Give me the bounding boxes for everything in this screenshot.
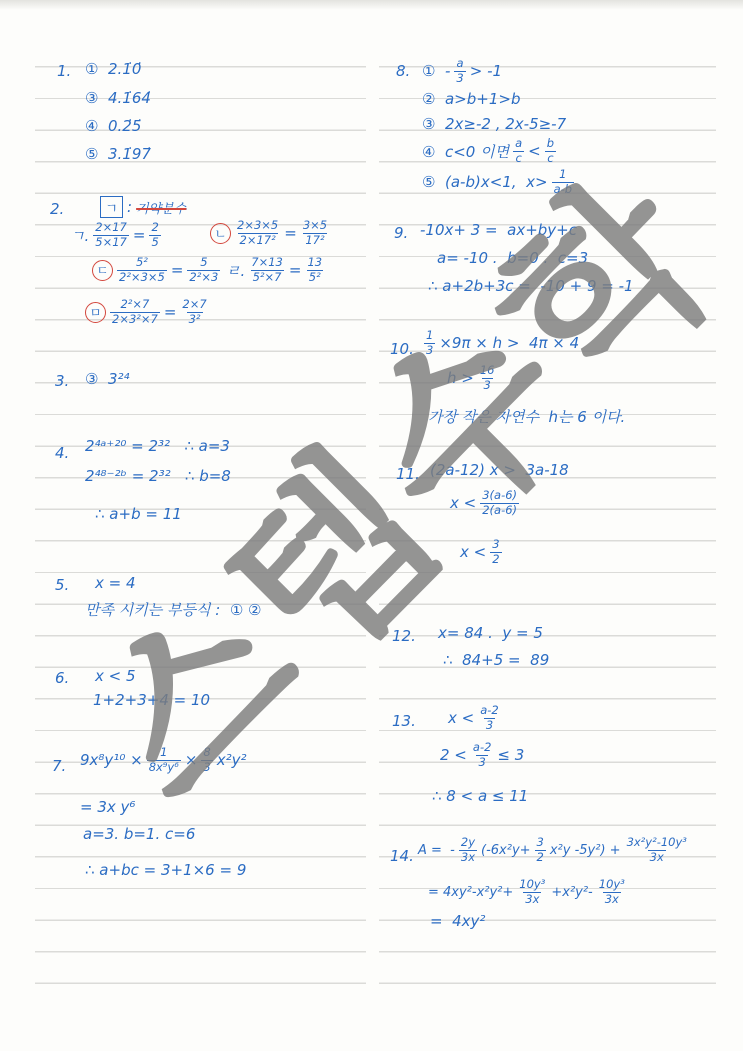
fraction-numerator: 2×3×5 (235, 219, 280, 233)
fraction-numerator: 16 (478, 364, 497, 378)
problem-10-line-2: h >163 (447, 364, 496, 393)
math-text: < (528, 142, 541, 160)
math-text: > -1 (470, 62, 502, 80)
fraction-denominator: 5²×7 (251, 270, 284, 285)
problem-2-line-5: ㄹ.7×135²×7=135² (226, 256, 324, 285)
math-text: ㄱ. (70, 225, 89, 246)
problem-13-line-3: ∴ 8 < a ≤ 11 (432, 787, 528, 805)
fraction-numerator: b (545, 137, 556, 151)
fraction-numerator: 1 (424, 329, 435, 343)
fraction-denominator: c (545, 151, 555, 166)
problem-14-line-3: = 4xy² (430, 912, 485, 930)
math-text: = (289, 261, 302, 279)
fraction-denominator: 8x⁹y⁶ (147, 760, 181, 775)
fraction-numerator: 1 (158, 746, 169, 760)
math-text: -10x+ 3 = ax+by+c (420, 221, 577, 239)
fraction: 2²×72×3²×7 (110, 298, 160, 327)
math-text: (2a-12) x > 3a-18 (430, 461, 569, 479)
fraction-denominator: 5×17 (93, 235, 129, 250)
fraction: 10y³3x (517, 878, 547, 907)
math-text: x= 84 . y = 5 (438, 624, 543, 642)
problem-9-number: 9. (394, 224, 408, 242)
problem-8-line-5: ⑤ (a-b)x<1, x>1a-b (422, 168, 574, 197)
math-text: ④ c<0 이면 (422, 141, 509, 162)
math-text: : (127, 198, 132, 216)
fraction: 7×135²×7 (249, 256, 285, 285)
fraction-denominator: 3 (482, 378, 493, 393)
math-text: h > (447, 369, 474, 387)
math-text: 1+2+3+4 = 10 (93, 691, 210, 709)
fraction: 18x⁹y⁶ (147, 746, 181, 775)
fraction: 83 (201, 746, 212, 775)
math-text: ⑤ 3.1̇97̇ (85, 145, 151, 163)
fraction-numerator: 3 (490, 538, 501, 552)
fraction-numerator: 10y³ (517, 878, 547, 892)
problem-12-line-1: x= 84 . y = 5 (438, 624, 543, 642)
problem-9-line-3: ∴ a+2b+3c = -10 + 9 = -1 (428, 277, 634, 295)
fraction: a-23 (471, 741, 494, 770)
fraction: 3(a-6)2(a-6) (480, 489, 519, 518)
fraction-numerator: 3 (535, 836, 546, 850)
math-text: 2 < (440, 746, 467, 764)
math-text: ③ 3²⁴ (85, 370, 130, 388)
fraction-denominator: a-b (552, 182, 575, 197)
fraction: 2×3×52×17² (235, 219, 280, 248)
math-text: ㄹ. (226, 260, 245, 281)
problem-13-line-2: 2 <a-23≤ 3 (440, 741, 524, 770)
fraction-denominator: 3x (648, 850, 666, 865)
problem-10-line-3: 가장 작은 자연수 h는 6 이다. (428, 406, 625, 427)
fraction-denominator: 3x (459, 850, 477, 865)
fraction-denominator: 2²×3×5 (117, 270, 167, 285)
fraction: 13 (424, 329, 435, 358)
problem-5-line-2: 만족 시키는 부등식 : ① ② (85, 599, 261, 620)
problem-14-line-1: A = -2y3x(-6x²y+32x²y -5y²) +3x²y²-10y³3… (418, 836, 689, 865)
fraction-denominator: 5² (307, 270, 323, 285)
fraction: a-23 (478, 704, 501, 733)
problem-2-line-2: ㄱ.2×175×17=25 (70, 221, 161, 250)
fraction-numerator: 1 (557, 168, 568, 182)
problem-4-line-1: 2⁴ᵃ⁺²⁰ = 2³² ∴ a=3 (85, 437, 230, 455)
problem-9-line-1: -10x+ 3 = ax+by+c (420, 221, 577, 239)
fraction: 135² (305, 256, 324, 285)
fraction-denominator: 5 (149, 235, 160, 250)
problem-12-line-2: ∴ 84+5 = 89 (443, 651, 549, 669)
problem-5-number: 5. (55, 576, 69, 594)
problem-6-line-2: 1+2+3+4 = 10 (93, 691, 210, 709)
fraction: 2y3x (459, 836, 477, 865)
problem-8-line-2: ② a>b+1>b (422, 90, 520, 108)
problem-2-number: 2. (50, 200, 64, 218)
problem-4-line-3: ∴ a+b = 11 (95, 505, 182, 523)
problem-11-line-1: (2a-12) x > 3a-18 (430, 461, 569, 479)
fraction-numerator: 2×7 (180, 298, 208, 312)
red-circle-mark: ㄴ (210, 223, 231, 244)
problem-8-line-4: ④ c<0 이면ac<bc (422, 137, 556, 166)
fraction: bc (545, 137, 556, 166)
problem-8-line-3: ③ 2x≥-2 , 2x-5≥-7 (422, 115, 566, 133)
math-text: = (164, 303, 177, 321)
fraction: 32 (535, 836, 546, 865)
fraction-numerator: 8 (201, 746, 212, 760)
strikethrough-text: 기약분수 (136, 198, 186, 217)
math-text: ∴ 84+5 = 89 (443, 651, 549, 669)
boxed-label: ㄱ (100, 196, 123, 218)
fraction-denominator: 17² (303, 233, 326, 248)
fraction-numerator: 10y³ (597, 878, 627, 892)
fraction-numerator: 2y (459, 836, 477, 850)
problem-3-line-1: ③ 3²⁴ (85, 370, 130, 388)
math-text: 2⁴⁸⁻²ᵇ = 2³² ∴ b=8 (85, 467, 231, 485)
math-text: x < (448, 709, 474, 727)
math-text: 9x⁸y¹⁰ × (80, 751, 143, 769)
math-text: = (171, 261, 184, 279)
problem-1-number: 1. (57, 62, 71, 80)
math-text: +x²y²- (551, 885, 592, 900)
problem-1-line-4: ⑤ 3.1̇97̇ (85, 145, 151, 163)
problem-11-line-2: x <3(a-6)2(a-6) (450, 489, 519, 518)
math-text: = (133, 226, 146, 244)
problem-6-number: 6. (55, 669, 69, 687)
problem-13-number: 13. (392, 712, 416, 730)
math-text: a=3. b=1. c=6 (83, 825, 195, 843)
fraction-denominator: 2(a-6) (480, 503, 519, 518)
math-text: ① 2.1̇0̇ (85, 60, 141, 78)
fraction-denominator: 3 (424, 343, 435, 358)
problem-2-line-3: ㄴ2×3×52×17²=3×517² (210, 219, 329, 248)
problem-2-line-6: ㅁ2²×72×3²×7=2×73² (85, 298, 209, 327)
fraction-numerator: 3×5 (301, 219, 329, 233)
notebook-page: 스텝수학 1.① 2.1̇0̇③ 4.1̇64̇④ 0.2̇5̇⑤ 3.1̇97… (0, 0, 743, 1051)
problem-12-number: 12. (392, 627, 416, 645)
problem-5-line-1: x = 4 (95, 574, 136, 592)
problem-7-number: 7. (52, 757, 66, 775)
fraction-denominator: 2 (490, 552, 501, 567)
math-text: = (284, 224, 297, 242)
problem-4-number: 4. (55, 444, 69, 462)
fraction-denominator: 2²×3 (187, 270, 220, 285)
problem-7-line-1: 9x⁸y¹⁰ ×18x⁹y⁶×83x²y² (80, 746, 247, 775)
fraction-numerator: 5 (198, 256, 209, 270)
fraction-denominator: 3 (201, 760, 212, 775)
fraction-denominator: 3x (603, 892, 621, 907)
fraction: 163 (478, 364, 497, 393)
math-text: ② a>b+1>b (422, 90, 520, 108)
fraction: 52²×3 (187, 256, 220, 285)
fraction: 3x²y²-10y³3x (625, 836, 689, 865)
math-text: = 4xy²-x²y²+ (428, 885, 513, 900)
math-text: ⑤ (a-b)x<1, x> (422, 173, 548, 191)
math-text: x < 5 (95, 667, 136, 685)
fraction: 2×175×17 (93, 221, 129, 250)
math-text: A = - (418, 843, 455, 858)
fraction-denominator: 2×17² (238, 233, 278, 248)
problem-11-number: 11. (396, 465, 420, 483)
problem-14-number: 14. (390, 847, 414, 865)
problem-4-line-2: 2⁴⁸⁻²ᵇ = 2³² ∴ b=8 (85, 467, 231, 485)
fraction: 1a-b (552, 168, 575, 197)
fraction-denominator: 3x (523, 892, 541, 907)
math-text: = 4xy² (430, 912, 485, 930)
scan-edge-shadow (0, 0, 743, 10)
math-text: ∴ a+b = 11 (95, 505, 182, 523)
math-text: 2⁴ᵃ⁺²⁰ = 2³² ∴ a=3 (85, 437, 230, 455)
math-text: 만족 시키는 부등식 : ① ② (85, 599, 261, 620)
fraction-numerator: 2²×7 (118, 298, 151, 312)
math-text: x < (450, 494, 476, 512)
problem-9-line-2: a= -10 . b=0 . c=3 (437, 249, 588, 267)
problem-7-line-4: ∴ a+bc = 3+1×6 = 9 (85, 861, 246, 879)
fraction: 25 (149, 221, 160, 250)
fraction-numerator: a (455, 57, 466, 71)
problem-10-number: 10. (390, 340, 414, 358)
math-text: × (185, 751, 198, 769)
fraction: 10y³3x (597, 878, 627, 907)
fraction-numerator: 13 (305, 256, 324, 270)
fraction-numerator: 2 (149, 221, 160, 235)
fraction-numerator: 2×17 (93, 221, 129, 235)
problem-7-line-2: = 3x y⁶ (80, 798, 135, 816)
problem-13-line-1: x <a-23 (448, 704, 501, 733)
fraction-numerator: a-2 (471, 741, 494, 755)
fraction-denominator: c (513, 151, 523, 166)
fraction: 32 (490, 538, 501, 567)
math-text: ×9π × h > 4π × 4 (439, 334, 579, 352)
fraction: 2×73² (180, 298, 208, 327)
math-text: x²y² (217, 751, 247, 769)
fraction-numerator: a (513, 137, 524, 151)
fraction-denominator: 3 (454, 71, 465, 86)
math-text: (-6x²y+ (481, 843, 531, 858)
problem-3-number: 3. (55, 372, 69, 390)
fraction: 3×517² (301, 219, 329, 248)
fraction-denominator: 2 (535, 850, 546, 865)
problem-8-line-1: ① -a3> -1 (422, 57, 502, 86)
math-text: ≤ 3 (497, 746, 524, 764)
problem-2-line-1: ㄱ:기약분수 (100, 196, 186, 218)
math-text: x < (460, 543, 486, 561)
math-text: 가장 작은 자연수 h는 6 이다. (428, 406, 625, 427)
fraction-numerator: 3(a-6) (480, 489, 519, 503)
math-text: x²y -5y²) + (550, 843, 621, 858)
math-text: ∴ 8 < a ≤ 11 (432, 787, 528, 805)
problem-11-line-3: x <32 (460, 538, 502, 567)
math-text: ④ 0.2̇5̇ (85, 117, 141, 135)
problem-1-line-1: ① 2.1̇0̇ (85, 60, 141, 78)
problem-1-line-2: ③ 4.1̇64̇ (85, 89, 151, 107)
math-text: ③ 2x≥-2 , 2x-5≥-7 (422, 115, 566, 133)
fraction-numerator: a-2 (478, 704, 501, 718)
math-text: x = 4 (95, 574, 136, 592)
problem-8-number: 8. (396, 62, 410, 80)
fraction-numerator: 7×13 (249, 256, 285, 270)
fraction-numerator: 5² (134, 256, 150, 270)
math-text: ① - (422, 62, 450, 80)
red-circle-mark: ㅁ (85, 302, 106, 323)
fraction: 5²2²×3×5 (117, 256, 167, 285)
math-text: ∴ a+bc = 3+1×6 = 9 (85, 861, 246, 879)
fraction-denominator: 3 (484, 718, 495, 733)
fraction-denominator: 2×3²×7 (110, 312, 160, 327)
problem-6-line-1: x < 5 (95, 667, 136, 685)
fraction: a3 (454, 57, 465, 86)
math-text: = 3x y⁶ (80, 798, 135, 816)
math-text: ∴ a+2b+3c = -10 + 9 = -1 (428, 277, 634, 295)
problem-2-line-4: ㄷ5²2²×3×5=52²×3 (92, 256, 220, 285)
fraction-numerator: 3x²y²-10y³ (625, 836, 689, 850)
math-text: a= -10 . b=0 . c=3 (437, 249, 588, 267)
problem-14-line-2: = 4xy²-x²y²+10y³3x+x²y²-10y³3x (428, 878, 627, 907)
math-text: ③ 4.1̇64̇ (85, 89, 151, 107)
fraction-denominator: 3² (187, 312, 203, 327)
problem-10-line-1: 13×9π × h > 4π × 4 (424, 329, 579, 358)
fraction-denominator: 3 (476, 755, 487, 770)
fraction: ac (513, 137, 524, 166)
red-circle-mark: ㄷ (92, 260, 113, 281)
problem-7-line-3: a=3. b=1. c=6 (83, 825, 195, 843)
problem-1-line-3: ④ 0.2̇5̇ (85, 117, 141, 135)
